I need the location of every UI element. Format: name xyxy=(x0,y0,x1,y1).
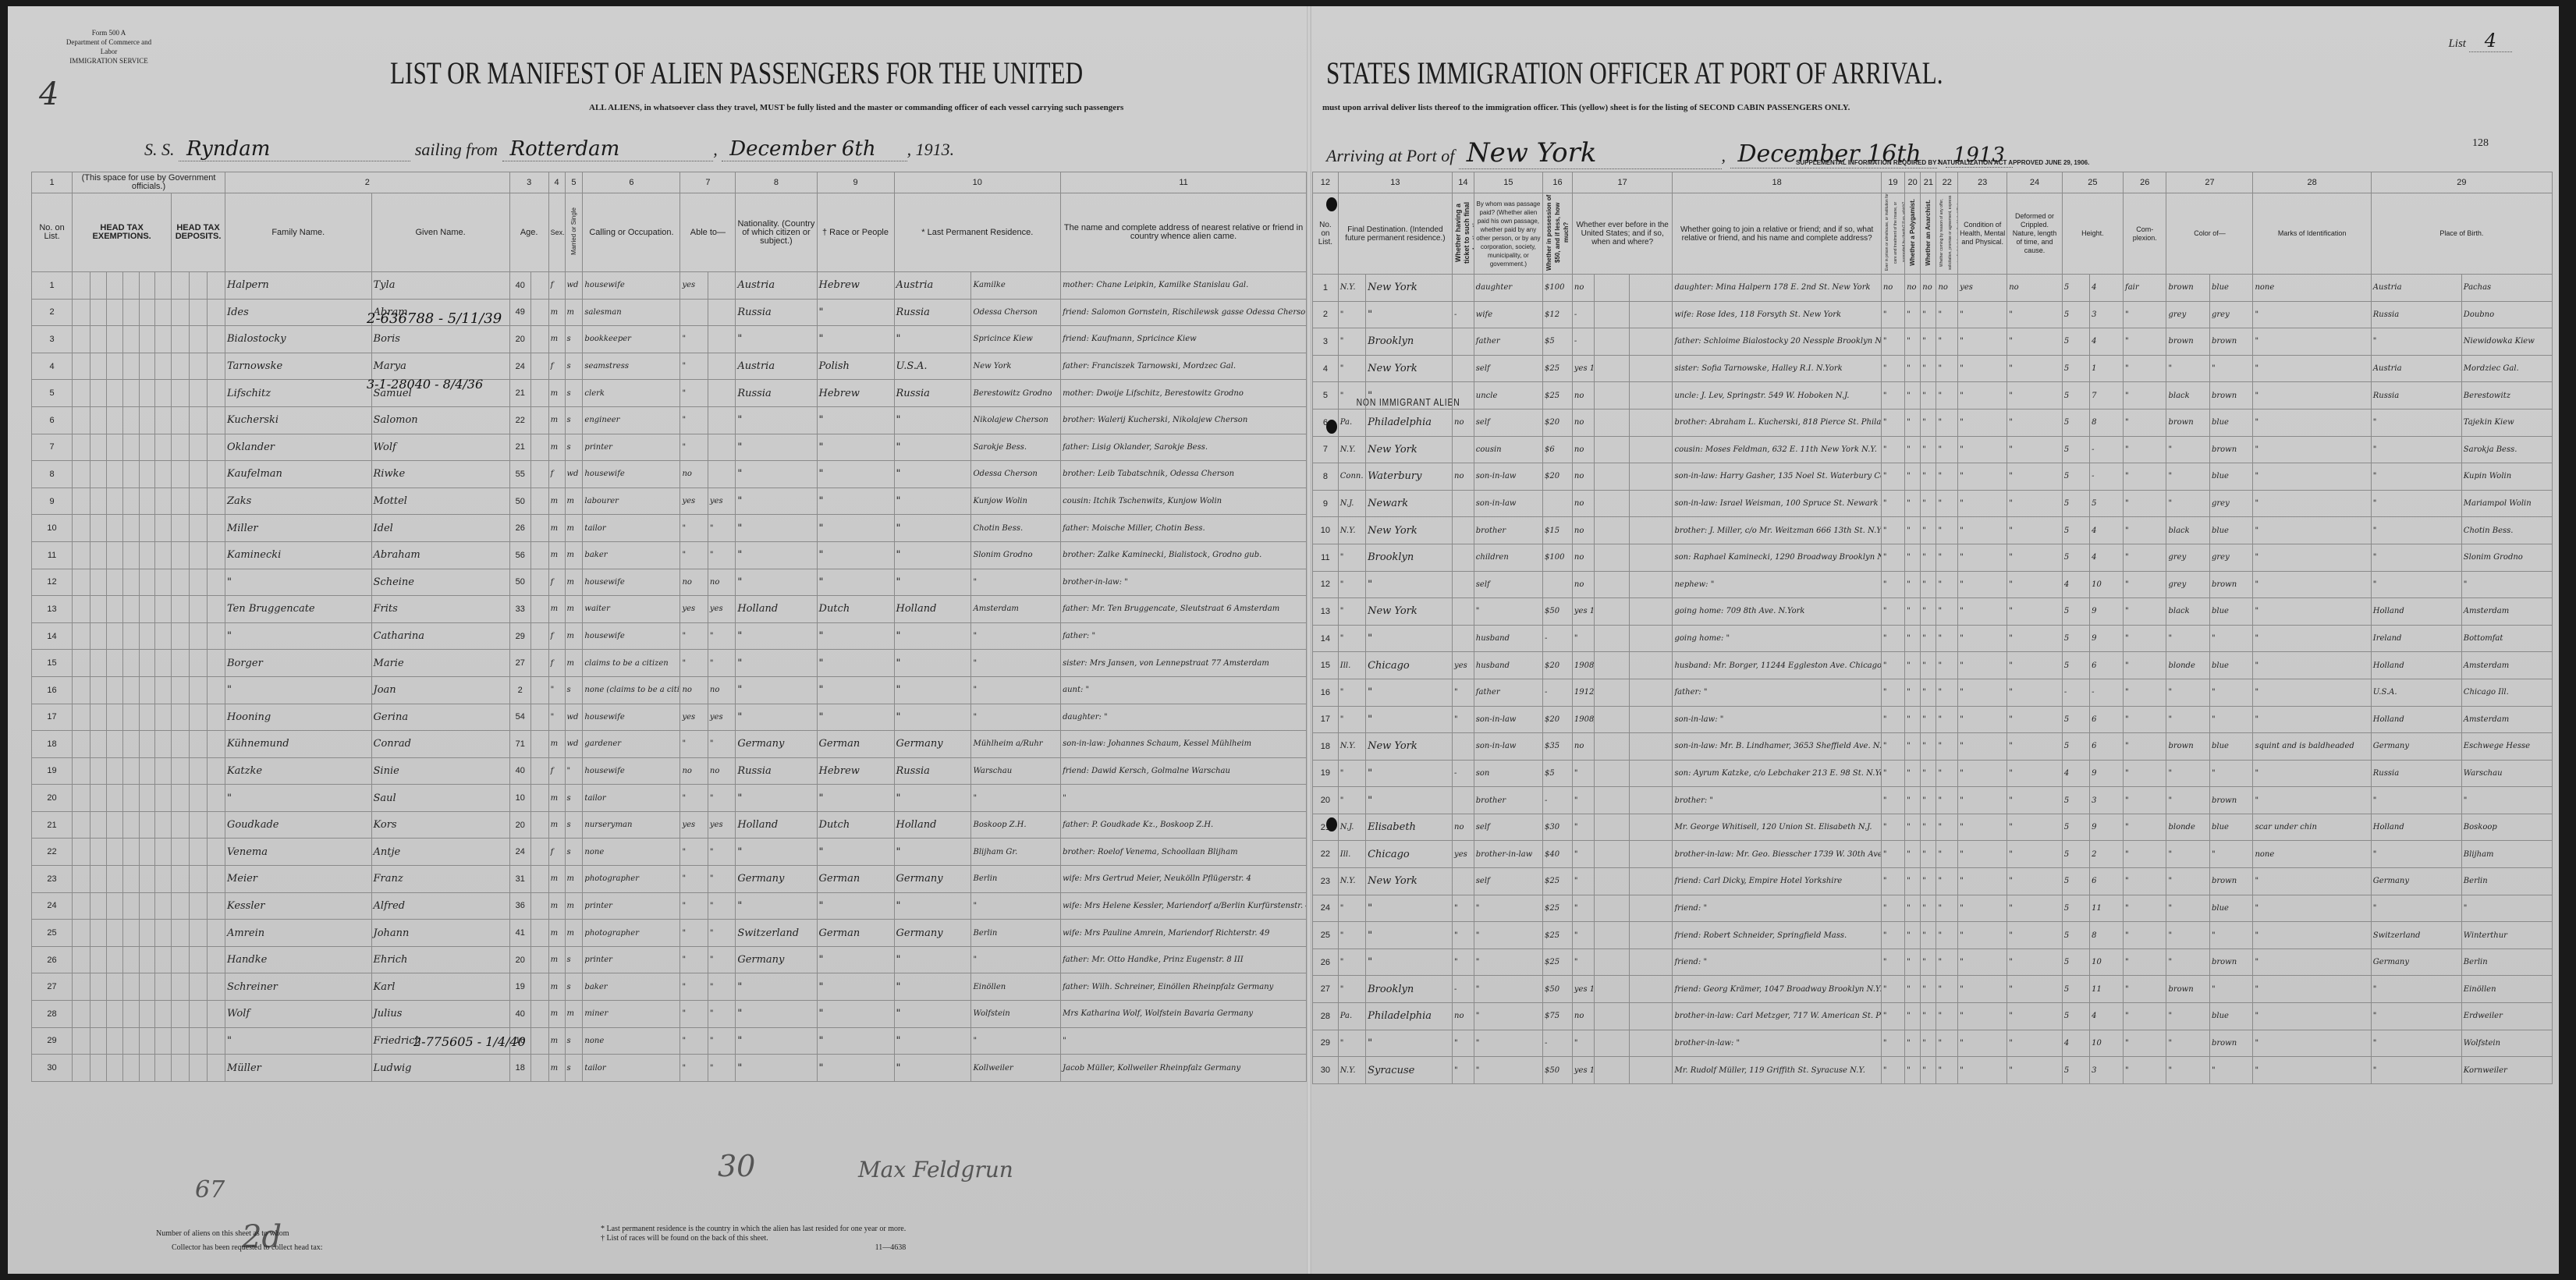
cell-deform: " xyxy=(2007,544,2063,571)
cell-ft: 5 xyxy=(2062,1003,2089,1030)
cell-ft: 5 xyxy=(2062,436,2089,463)
cell-deform: " xyxy=(2007,733,2063,761)
cell-deform: " xyxy=(2007,1030,2063,1057)
empty-cell xyxy=(155,676,172,704)
cell-relative: wife: Mrs Gertrud Meier, Neukölln Pflüge… xyxy=(1061,866,1307,893)
empty-cell xyxy=(1594,922,1629,949)
cell-ticket: no xyxy=(1453,409,1474,436)
empty-cell xyxy=(106,650,122,677)
cell-joining: son: Ayrum Katzke, c/o Lebchaker 213 E. … xyxy=(1673,760,1881,787)
cell-contract: no xyxy=(1936,275,1958,302)
cell-money xyxy=(1543,490,1573,517)
empty-cell xyxy=(1594,679,1629,706)
empty-cell xyxy=(73,731,90,758)
empty-cell xyxy=(155,353,172,380)
empty-cell xyxy=(122,541,139,569)
cell-res-city: " xyxy=(971,1027,1061,1055)
cell-res-country: " xyxy=(894,785,971,812)
column-headers-right: No. on List. Final Destination. (Intende… xyxy=(1313,193,2553,275)
cell-sex: m xyxy=(548,1027,565,1055)
empty-cell xyxy=(172,1027,190,1055)
cell-race: " xyxy=(817,569,894,596)
cell-b-country: Austria xyxy=(2371,355,2461,382)
empty-cell xyxy=(1630,544,1673,571)
empty-cell xyxy=(208,541,225,569)
cell-no: 9 xyxy=(1313,490,1339,517)
empty-cell xyxy=(106,353,122,380)
cell-ms: s xyxy=(565,973,583,1001)
cell-contract: " xyxy=(1936,1030,1958,1057)
cell-marks: " xyxy=(2253,895,2371,922)
cell-poly: no xyxy=(1905,275,1921,302)
cell-marks: scar under chin xyxy=(2253,814,2371,841)
empty-cell xyxy=(106,461,122,488)
cell-b-city: Blijham xyxy=(2461,841,2552,868)
cell-no: 20 xyxy=(32,785,73,812)
cell-money: $20 xyxy=(1543,706,1573,733)
empty-cell xyxy=(1594,760,1629,787)
empty-cell xyxy=(155,866,172,893)
cell-state: N.Y. xyxy=(1338,1057,1365,1084)
cell-read: no xyxy=(680,676,708,704)
cell-age: 71 xyxy=(509,731,530,758)
empty-cell xyxy=(172,380,190,407)
cell-before: no xyxy=(1572,463,1594,491)
passenger-row: 19KatzkeSinie40f"housewifenonoRussiaHebr… xyxy=(32,757,1307,785)
empty-cell xyxy=(172,569,190,596)
cell-health: " xyxy=(1958,544,2007,571)
cell-write: no xyxy=(708,676,735,704)
cell-ticket: no xyxy=(1453,814,1474,841)
passenger-row: 17HooningGerina54"wdhousewifeyesyes""""d… xyxy=(32,704,1307,731)
empty-cell xyxy=(155,892,172,920)
empty-cell xyxy=(122,515,139,542)
cell-ticket xyxy=(1453,571,1474,598)
passenger-row: 21N.J.Elisabethnoself$30"Mr. George Whit… xyxy=(1313,814,2553,841)
empty-cell xyxy=(530,622,548,650)
passenger-row: 16"""father-1912/13father: """""""--""""… xyxy=(1313,679,2553,706)
certificate-note-2: 3-1-28040 - 8/4/36 xyxy=(367,377,483,392)
cell-race: " xyxy=(817,839,894,866)
cell-ticket: yes xyxy=(1453,841,1474,868)
cell-hair: brown xyxy=(2166,409,2209,436)
cell-eyes: brown xyxy=(2209,787,2252,814)
cell-in: 3 xyxy=(2090,301,2124,328)
empty-cell xyxy=(90,973,107,1001)
cell-no: 13 xyxy=(1313,598,1339,626)
cell-res-country: " xyxy=(894,541,971,569)
cell-cx: " xyxy=(2124,706,2166,733)
passenger-row: 29"Friedrich16msnone""""""" xyxy=(32,1027,1307,1055)
empty-cell xyxy=(530,731,548,758)
cell-hair: " xyxy=(2166,625,2209,652)
empty-cell xyxy=(1630,706,1673,733)
cell-state: " xyxy=(1338,948,1365,976)
empty-cell xyxy=(190,866,208,893)
cell-b-country: " xyxy=(2371,1003,2461,1030)
cell-money: $25 xyxy=(1543,922,1573,949)
cell-no: 27 xyxy=(1313,976,1339,1003)
empty-cell xyxy=(190,622,208,650)
cell-in: 5 xyxy=(2090,490,2124,517)
cell-nat: Germany xyxy=(736,866,817,893)
cell-marks: " xyxy=(2253,463,2371,491)
cell-occ: claims to be a citizen xyxy=(583,650,680,677)
cell-money xyxy=(1543,571,1573,598)
passenger-row: 26""""$25"friend: """""""510""brown"Germ… xyxy=(1313,948,2553,976)
cell-age: 20 xyxy=(509,811,530,839)
empty-cell xyxy=(90,946,107,973)
cell-hair: " xyxy=(2166,868,2209,895)
passenger-row: 12""selfnonephew: """""""410"greybrown""… xyxy=(1313,571,2553,598)
cell-family: Kaminecki xyxy=(225,541,371,569)
empty-cell xyxy=(139,406,155,434)
empty-cell xyxy=(73,569,90,596)
cell-ticket xyxy=(1453,787,1474,814)
cell-nat: " xyxy=(736,434,817,461)
cell-before: no xyxy=(1572,382,1594,410)
cell-dest: Philadelphia xyxy=(1366,1003,1453,1030)
cell-dest: New York xyxy=(1366,436,1453,463)
cell-hair: blonde xyxy=(2166,652,2209,679)
empty-cell xyxy=(530,434,548,461)
cell-in: - xyxy=(2090,463,2124,491)
cell-prison: " xyxy=(1881,948,1904,976)
cell-relative: daughter: " xyxy=(1061,704,1307,731)
cell-b-city: Warschau xyxy=(2461,760,2552,787)
cell-hair: " xyxy=(2166,1030,2209,1057)
cell-res-city: Spricince Kiew xyxy=(971,326,1061,353)
cell-joining: uncle: J. Lev, Springstr. 549 W. Hoboken… xyxy=(1673,382,1881,410)
cell-in: 4 xyxy=(2090,275,2124,302)
cell-res-country: Germany xyxy=(894,866,971,893)
cell-relative: friend: Salomon Gornstein, Rischilewsk g… xyxy=(1061,299,1307,326)
cell-joining: nephew: " xyxy=(1673,571,1881,598)
cell-b-country: Holland xyxy=(2371,706,2461,733)
cell-write: " xyxy=(708,1001,735,1028)
cell-write xyxy=(708,272,735,300)
cell-health: " xyxy=(1958,841,2007,868)
cell-ft: 5 xyxy=(2062,787,2089,814)
empty-cell xyxy=(73,353,90,380)
cell-sex: f xyxy=(548,353,565,380)
cell-age: 21 xyxy=(509,380,530,407)
cell-marks: none xyxy=(2253,275,2371,302)
cell-hair: " xyxy=(2166,706,2209,733)
cell-no: 1 xyxy=(1313,275,1339,302)
cell-eyes: " xyxy=(2209,355,2252,382)
cell-relative: brother: Roelof Venema, Schoollaan Blijh… xyxy=(1061,839,1307,866)
cell-dest: Syracuse xyxy=(1366,1057,1453,1084)
cell-no: 18 xyxy=(1313,733,1339,761)
cell-prison: " xyxy=(1881,868,1904,895)
cell-money: $25 xyxy=(1543,948,1573,976)
cell-dest: " xyxy=(1366,760,1453,787)
cell-state: N.Y. xyxy=(1338,517,1365,544)
cell-given: Ehrich xyxy=(371,946,509,973)
cell-state: " xyxy=(1338,598,1365,626)
empty-cell xyxy=(190,1055,208,1082)
cell-contract: " xyxy=(1936,598,1958,626)
cell-occ: housewife xyxy=(583,272,680,300)
cell-before: no xyxy=(1572,409,1594,436)
cell-ft: 5 xyxy=(2062,733,2089,761)
cell-prison: " xyxy=(1881,1003,1904,1030)
cell-sex: m xyxy=(548,973,565,1001)
cell-read: " xyxy=(680,839,708,866)
cell-state: N.Y. xyxy=(1338,275,1365,302)
cell-no: 25 xyxy=(1313,922,1339,949)
cell-no: 3 xyxy=(1313,328,1339,356)
passenger-row: 3"Brooklynfather$5-father: Schloime Bial… xyxy=(1313,328,2553,356)
empty-cell xyxy=(139,461,155,488)
cell-age: 40 xyxy=(509,1001,530,1028)
cell-ms: s xyxy=(565,839,583,866)
empty-cell xyxy=(155,704,172,731)
cell-in: 8 xyxy=(2090,922,2124,949)
cell-money: - xyxy=(1543,625,1573,652)
cell-dest: " xyxy=(1366,948,1453,976)
cell-poly: " xyxy=(1905,841,1921,868)
cell-sex: m xyxy=(548,541,565,569)
punch-hole xyxy=(1326,420,1337,434)
cell-anar: " xyxy=(1921,436,1936,463)
cell-hair: " xyxy=(2166,463,2209,491)
empty-cell xyxy=(1630,625,1673,652)
cell-in: 6 xyxy=(2090,706,2124,733)
cell-ticket xyxy=(1453,868,1474,895)
cell-b-city: Kupin Wolin xyxy=(2461,463,2552,491)
cell-joining: son-in-law: Mr. B. Lindhamer, 3653 Sheff… xyxy=(1673,733,1881,761)
empty-cell xyxy=(106,299,122,326)
cell-write xyxy=(708,434,735,461)
cell-contract: " xyxy=(1936,760,1958,787)
cell-anar: " xyxy=(1921,868,1936,895)
cell-family: Handke xyxy=(225,946,371,973)
cell-sex: m xyxy=(548,1055,565,1082)
cell-res-country: " xyxy=(894,892,971,920)
empty-cell xyxy=(530,650,548,677)
cell-poly: " xyxy=(1905,814,1921,841)
cell-no: 28 xyxy=(32,1001,73,1028)
empty-cell xyxy=(208,785,225,812)
cell-prison: " xyxy=(1881,598,1904,626)
cell-ms: s xyxy=(565,676,583,704)
cell-state: N.Y. xyxy=(1338,868,1365,895)
cell-state: Ill. xyxy=(1338,841,1365,868)
cell-before: 1908/13 xyxy=(1572,706,1594,733)
cell-occ: tailor xyxy=(583,1055,680,1082)
cell-deform: " xyxy=(2007,1003,2063,1030)
cell-no: 22 xyxy=(32,839,73,866)
cell-ms: m xyxy=(565,515,583,542)
cell-eyes: blue xyxy=(2209,652,2252,679)
cell-cx: " xyxy=(2124,868,2166,895)
cell-no: 16 xyxy=(1313,679,1339,706)
empty-cell xyxy=(139,811,155,839)
cell-prison: " xyxy=(1881,409,1904,436)
empty-cell xyxy=(208,650,225,677)
cell-health: " xyxy=(1958,976,2007,1003)
cell-write: " xyxy=(708,839,735,866)
cell-ms: s xyxy=(565,811,583,839)
cell-family: " xyxy=(225,1027,371,1055)
cell-ticket: no xyxy=(1453,1003,1474,1030)
passenger-row: 26HandkeEhrich20msprinter""Germany"""fat… xyxy=(32,946,1307,973)
empty-cell xyxy=(73,434,90,461)
empty-cell xyxy=(208,1055,225,1082)
cell-age: 36 xyxy=(509,892,530,920)
cell-health: " xyxy=(1958,463,2007,491)
empty-cell xyxy=(122,326,139,353)
cell-ft: 5 xyxy=(2062,463,2089,491)
empty-cell xyxy=(90,920,107,947)
cell-ticket xyxy=(1453,490,1474,517)
empty-cell xyxy=(208,515,225,542)
cell-no: 8 xyxy=(32,461,73,488)
cell-race: " xyxy=(817,892,894,920)
cell-res-country: U.S.A. xyxy=(894,353,971,380)
cell-dest: " xyxy=(1366,301,1453,328)
empty-cell xyxy=(1594,1030,1629,1057)
empty-cell xyxy=(122,596,139,623)
empty-cell xyxy=(208,757,225,785)
empty-cell xyxy=(530,1027,548,1055)
cell-res-country: " xyxy=(894,488,971,515)
cell-sex: m xyxy=(548,731,565,758)
page-fold xyxy=(1307,6,1311,1274)
cell-b-city: Kornweiler xyxy=(2461,1057,2552,1084)
cell-res-city: " xyxy=(971,785,1061,812)
cell-family: Lifschitz xyxy=(225,380,371,407)
empty-cell xyxy=(122,272,139,300)
cell-cx: " xyxy=(2124,814,2166,841)
cell-poly: " xyxy=(1905,679,1921,706)
empty-cell xyxy=(208,299,225,326)
empty-cell xyxy=(1594,275,1629,302)
empty-cell xyxy=(190,757,208,785)
cell-prison: " xyxy=(1881,841,1904,868)
cell-prison: " xyxy=(1881,760,1904,787)
cell-cx: " xyxy=(2124,490,2166,517)
cell-b-country: Germany xyxy=(2371,733,2461,761)
cell-read: " xyxy=(680,785,708,812)
cell-relative: father: Wilh. Schreiner, Einöllen Rheinp… xyxy=(1061,973,1307,1001)
cell-sex: " xyxy=(548,704,565,731)
cell-money: $50 xyxy=(1543,598,1573,626)
cell-hair: black xyxy=(2166,517,2209,544)
empty-cell xyxy=(1630,733,1673,761)
cell-poly: " xyxy=(1905,517,1921,544)
empty-cell xyxy=(190,272,208,300)
empty-cell xyxy=(172,299,190,326)
cell-b-country: " xyxy=(2371,571,2461,598)
cell-ft: 5 xyxy=(2062,275,2089,302)
passenger-row: 5LifschitzSamuel21msclerk"RussiaHebrewRu… xyxy=(32,380,1307,407)
cell-b-city: " xyxy=(2461,895,2552,922)
cell-relative: wife: Mrs Helene Kessler, Mariendorf a/B… xyxy=(1061,892,1307,920)
cell-money: $25 xyxy=(1543,355,1573,382)
passenger-row: 12"Scheine50fmhousewifenono""""brother-i… xyxy=(32,569,1307,596)
cell-b-country: Austria xyxy=(2371,275,2461,302)
cell-no: 18 xyxy=(32,731,73,758)
cell-marks: " xyxy=(2253,517,2371,544)
cell-no: 30 xyxy=(1313,1057,1339,1084)
cell-ft: 5 xyxy=(2062,652,2089,679)
cell-contract: " xyxy=(1936,490,1958,517)
empty-cell xyxy=(139,866,155,893)
cell-cx: " xyxy=(2124,625,2166,652)
cell-occ: printer xyxy=(583,946,680,973)
cell-state: " xyxy=(1338,1030,1365,1057)
passenger-row: 8Conn.Waterburynoson-in-law$20noson-in-l… xyxy=(1313,463,2553,491)
cell-money: - xyxy=(1543,1030,1573,1057)
cell-health: " xyxy=(1958,436,2007,463)
empty-cell xyxy=(90,622,107,650)
cell-read: " xyxy=(680,1027,708,1055)
cell-eyes: grey xyxy=(2209,544,2252,571)
empty-cell xyxy=(122,866,139,893)
cell-given: Julius xyxy=(371,1001,509,1028)
cell-joining: Mr. Rudolf Müller, 119 Griffith St. Syra… xyxy=(1673,1057,1881,1084)
cell-dest: Brooklyn xyxy=(1366,976,1453,1003)
empty-cell xyxy=(155,541,172,569)
cell-before: yes 1907/1913 N.York xyxy=(1572,1057,1594,1084)
cell-res-country: " xyxy=(894,704,971,731)
cell-b-country: " xyxy=(2371,1057,2461,1084)
cell-no: 23 xyxy=(32,866,73,893)
empty-cell xyxy=(172,839,190,866)
cell-in: 7 xyxy=(2090,382,2124,410)
cell-before: " xyxy=(1572,814,1594,841)
cell-write: no xyxy=(708,569,735,596)
cell-prison: " xyxy=(1881,328,1904,356)
passenger-row: 27SchreinerKarl19msbaker"""""Einöllenfat… xyxy=(32,973,1307,1001)
cell-nat: " xyxy=(736,406,817,434)
cell-relative: Mrs Katharina Wolf, Wolfstein Bavaria Ge… xyxy=(1061,1001,1307,1028)
cell-poly: " xyxy=(1905,301,1921,328)
cell-b-city: Einöllen xyxy=(2461,976,2552,1003)
cell-ticket xyxy=(1453,328,1474,356)
cell-res-country: Russia xyxy=(894,757,971,785)
cell-health: " xyxy=(1958,598,2007,626)
cell-res-city: Mühlheim a/Ruhr xyxy=(971,731,1061,758)
cell-deform: " xyxy=(2007,679,2063,706)
cell-dest: " xyxy=(1366,1030,1453,1057)
sailing-date: December 6th xyxy=(722,137,907,161)
cell-in: 6 xyxy=(2090,868,2124,895)
cell-occ: none (claims to be a citizen) xyxy=(583,676,680,704)
cell-b-city: Niewidowka Kiew xyxy=(2461,328,2552,356)
cell-prison: " xyxy=(1881,976,1904,1003)
cell-read xyxy=(680,299,708,326)
cell-family: Hooning xyxy=(225,704,371,731)
cell-paid: brother-in-law xyxy=(1474,841,1542,868)
cell-b-country: " xyxy=(2371,463,2461,491)
empty-cell xyxy=(90,731,107,758)
cell-nat: " xyxy=(736,676,817,704)
cell-paid: " xyxy=(1474,1003,1542,1030)
cell-before: yes 1907/1913 N.York xyxy=(1572,598,1594,626)
cell-before: " xyxy=(1572,760,1594,787)
empty-cell xyxy=(90,488,107,515)
cell-prison: " xyxy=(1881,814,1904,841)
cell-ft: 5 xyxy=(2062,598,2089,626)
empty-cell xyxy=(106,946,122,973)
cell-read: " xyxy=(680,380,708,407)
cell-before: no xyxy=(1572,436,1594,463)
cell-money: - xyxy=(1543,679,1573,706)
